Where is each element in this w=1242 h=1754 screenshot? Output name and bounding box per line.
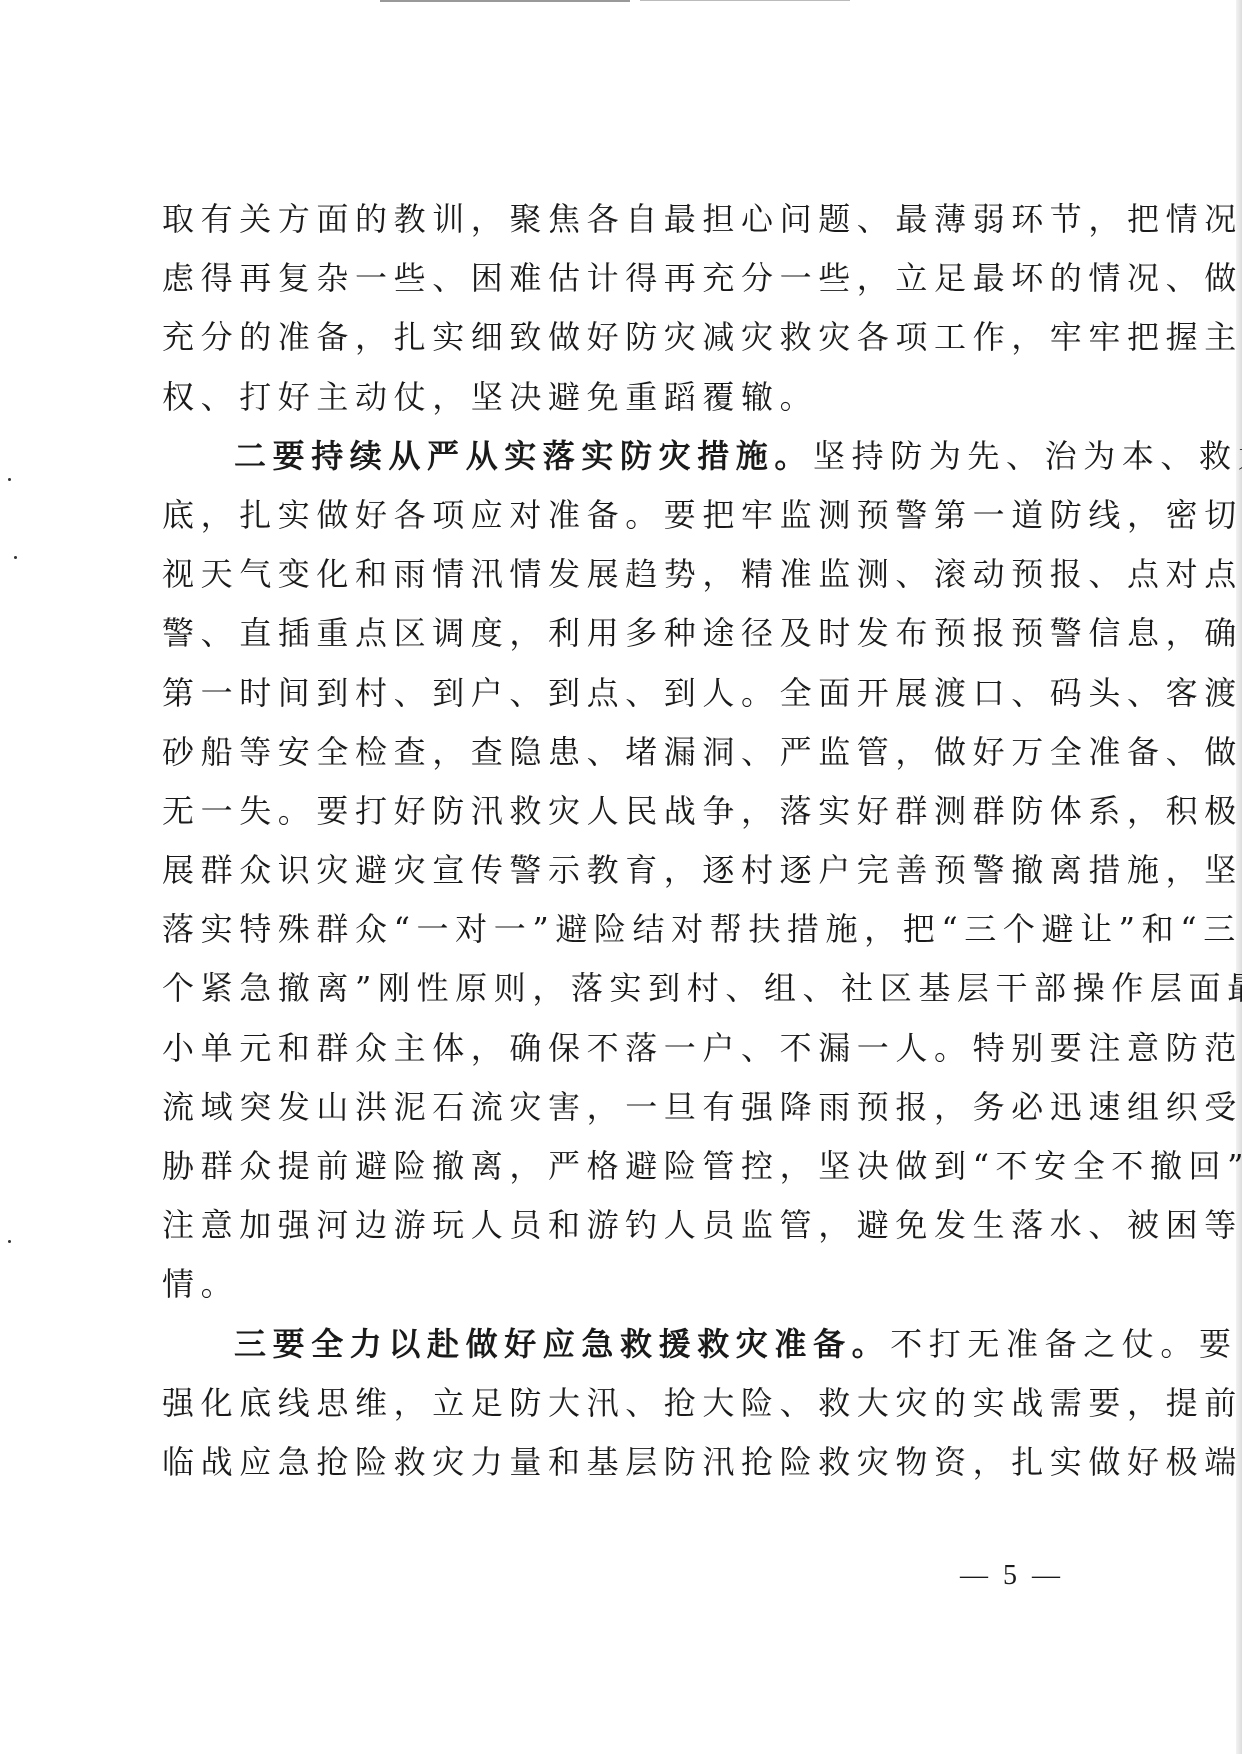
text-line: 权、打好主动仗，坚决避免重蹈覆辙。	[162, 368, 1080, 427]
text-line: 虑得再复杂一些、困难估计得再充分一些，立足最坏的情况、做最	[162, 249, 1080, 308]
text-line: 胁群众提前避险撤离，严格避险管控，坚决做到“不安全不撤回”。	[162, 1137, 1080, 1196]
text-line: 充分的准备，扎实细致做好防灾减灾救灾各项工作，牢牢把握主动	[162, 308, 1080, 367]
text-run: 坚持防为先、治为本、救为	[813, 437, 1242, 475]
text-line: 强化底线思维，立足防大汛、抢大险、救大灾的实战需要，提前预置	[162, 1374, 1080, 1433]
scan-speck	[14, 556, 17, 559]
text-line: 砂船等安全检查，查隐患、堵漏洞、严监管，做好万全准备、做到万	[162, 723, 1080, 782]
text-line: 取有关方面的教训，聚焦各自最担心问题、最薄弱环节，把情况考	[162, 190, 1080, 249]
scan-edge-line	[640, 0, 850, 1]
text-line: 底，扎实做好各项应对准备。要把牢监测预警第一道防线，密切监	[162, 486, 1080, 545]
scan-speck	[8, 1240, 11, 1243]
text-line: 临战应急抢险救灾力量和基层防汛抢险救灾物资，扎实做好极端	[162, 1433, 1080, 1492]
text-line: 三要全力以赴做好应急救援救灾准备。不打无准备之仗。要	[162, 1315, 1080, 1374]
page-number: — 5 —	[960, 1560, 1064, 1592]
paragraph-heading: 三要全力以赴做好应急救援救灾准备。	[234, 1325, 890, 1363]
text-line: 第一时间到村、到户、到点、到人。全面开展渡口、码头、客渡船、采	[162, 664, 1080, 723]
text-line: 落实特殊群众“一对一”避险结对帮扶措施，把“三个避让”和“三	[162, 900, 1080, 959]
document-body: 取有关方面的教训，聚焦各自最担心问题、最薄弱环节，把情况考 虑得再复杂一些、困难…	[162, 190, 1080, 1492]
paragraph-2: 二要持续从严从实落实防灾措施。坚持防为先、治为本、救为 底，扎实做好各项应对准备…	[162, 427, 1080, 1315]
text-line: 情。	[162, 1255, 1080, 1314]
text-line: 注意加强河边游玩人员和游钓人员监管，避免发生落水、被困等险	[162, 1196, 1080, 1255]
paragraph-3: 三要全力以赴做好应急救援救灾准备。不打无准备之仗。要 强化底线思维，立足防大汛、…	[162, 1315, 1080, 1493]
text-line: 个紧急撤离”刚性原则，落实到村、组、社区基层干部操作层面最	[162, 959, 1080, 1018]
paragraph-heading: 二要持续从严从实落实防灾措施。	[234, 437, 813, 475]
text-line: 小单元和群众主体，确保不落一户、不漏一人。特别要注意防范小	[162, 1019, 1080, 1078]
text-line: 展群众识灾避灾宣传警示教育，逐村逐户完善预警撤离措施，坚决	[162, 841, 1080, 900]
text-line: 警、直插重点区调度，利用多种途径及时发布预报预警信息，确保	[162, 604, 1080, 663]
paragraph-1: 取有关方面的教训，聚焦各自最担心问题、最薄弱环节，把情况考 虑得再复杂一些、困难…	[162, 190, 1080, 427]
text-line: 视天气变化和雨情汛情发展趋势，精准监测、滚动预报、点对点预	[162, 545, 1080, 604]
text-run: 不打无准备之仗。要	[890, 1325, 1237, 1363]
text-line: 二要持续从严从实落实防灾措施。坚持防为先、治为本、救为	[162, 427, 1080, 486]
text-line: 流域突发山洪泥石流灾害，一旦有强降雨预报，务必迅速组织受威	[162, 1078, 1080, 1137]
text-line: 无一失。要打好防汛救灾人民战争，落实好群测群防体系，积极开	[162, 782, 1080, 841]
scan-edge-line	[380, 0, 630, 2]
scan-speck	[8, 478, 11, 481]
